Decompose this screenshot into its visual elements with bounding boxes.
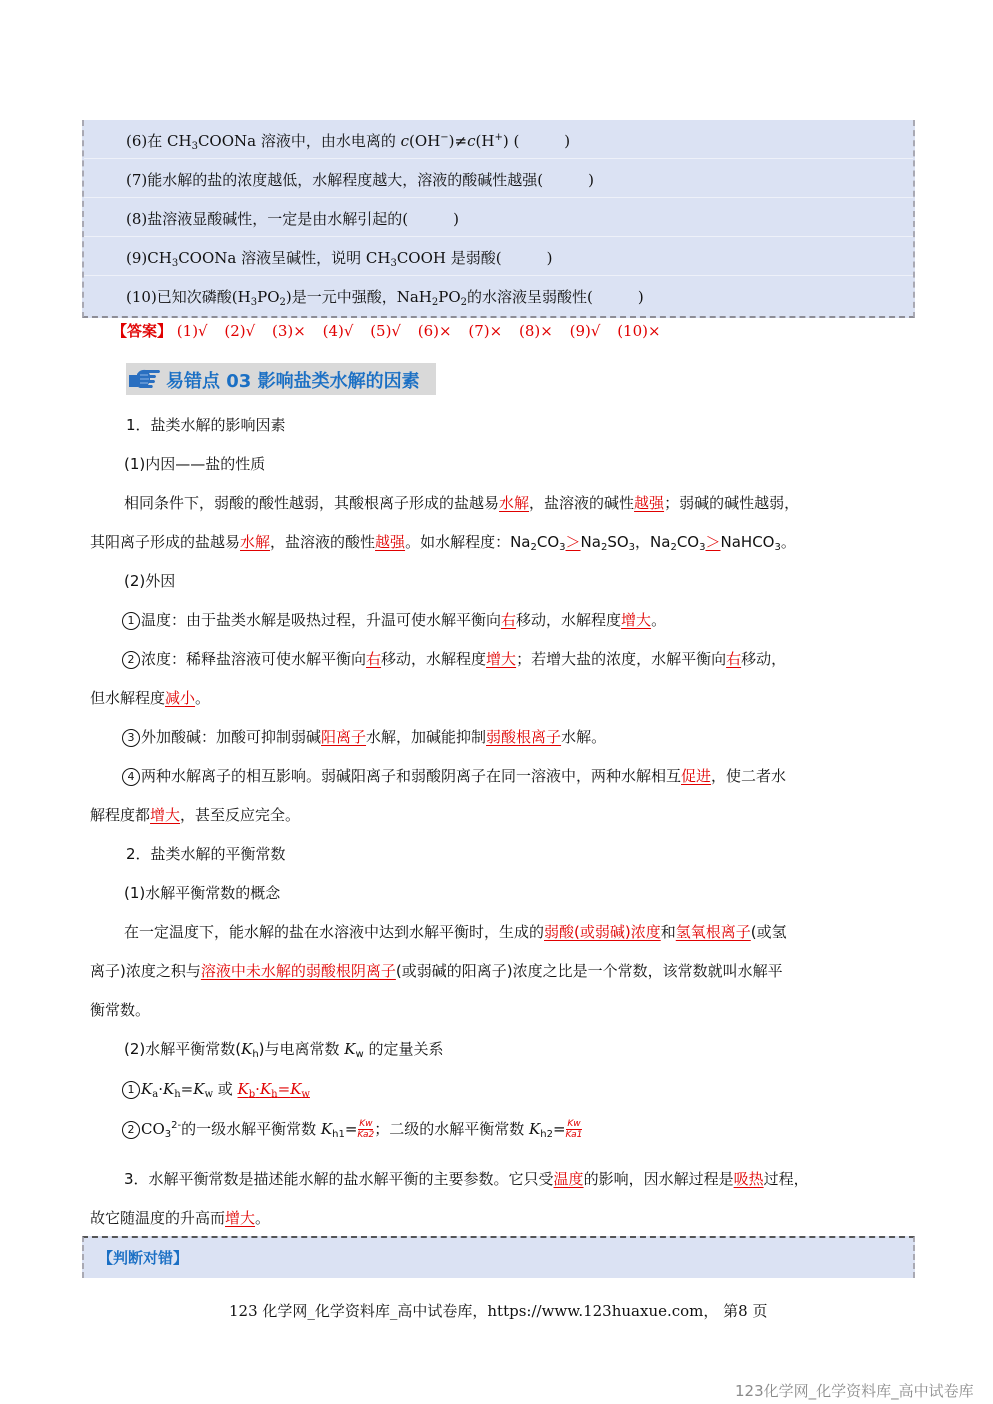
question-text: (8)盐溶液显酸碱性，一定是由水解引起的( )	[126, 208, 459, 229]
paragraph: 衡常数。	[90, 999, 150, 1020]
answer-item: (3)×	[272, 322, 306, 340]
watermark: 123化学网_化学资料库_高中试卷库	[735, 1380, 974, 1401]
heading-1-1: (1)内因——盐的性质	[124, 453, 265, 474]
factor-concentration-cont: 但水解程度减小。	[90, 687, 210, 708]
question-row-8: (8)盐溶液显酸碱性，一定是由水解引起的( )	[84, 198, 913, 237]
answer-item: (10)×	[617, 322, 660, 340]
fraction: KwKa2	[357, 1119, 374, 1140]
answer-formula: Kb·Kh=Kw	[238, 1080, 310, 1098]
answer-item: (7)×	[468, 322, 502, 340]
question-row-6: (6)在 CH3COONa 溶液中，由水电离的 c(OH−)≠c(H+) ( )	[84, 120, 913, 159]
factor-mutual-cont: 解程度都增大，甚至反应完全。	[90, 804, 300, 825]
paragraph: 相同条件下，弱酸的酸性越弱，其酸根离子形成的盐越易水解，盐溶液的碱性越强；弱碱的…	[124, 492, 799, 513]
factor-temperature: 1温度：由于盐类水解是吸热过程，升温可使水解平衡向右移动，水解程度增大。	[122, 609, 666, 630]
relation-2: 2CO32-的一级水解平衡常数 Kh1=KwKa2；二级的水解平衡常数 Kh2=…	[122, 1118, 582, 1140]
factor-concentration: 2浓度：稀释盐溶液可使水解平衡向右移动，水解程度增大；若增大盐的浓度，水解平衡向…	[122, 648, 786, 669]
answer-item: (8)×	[519, 322, 553, 340]
answer-label: 【答案】	[112, 322, 172, 340]
circled-number: 3	[122, 729, 140, 747]
judge-label: 【判断对错】	[98, 1247, 188, 1268]
judge-box: 【判断对错】	[82, 1236, 915, 1278]
answer-item: (6)×	[418, 322, 452, 340]
answer-item: (2)√	[224, 322, 255, 340]
heading-2-1: (1)水解平衡常数的概念	[124, 882, 280, 903]
heading-2-2: (2)水解平衡常数(Kh)与电离常数 Kw 的定量关系	[124, 1038, 443, 1059]
answer-line: 【答案】 (1)√ (2)√ (3)× (4)√ (5)√ (6)× (7)× …	[112, 320, 673, 341]
section-title: 易错点 03 影响盐类水解的因素	[166, 367, 420, 393]
relation-1: 1Ka·Kh=Kw 或 Kb·Kh=Kw	[122, 1078, 310, 1099]
question-box: (6)在 CH3COONa 溶液中，由水电离的 c(OH−)≠c(H+) ( )…	[82, 120, 915, 318]
question-row-7: (7)能水解的盐的浓度越低，水解程度越大，溶液的酸碱性越强( )	[84, 159, 913, 198]
section-heading: 易错点 03 影响盐类水解的因素	[126, 363, 436, 395]
paragraph: 其阳离子形成的盐越易水解，盐溶液的酸性越强。如水解程度：Na2CO3＞Na2SO…	[90, 531, 796, 552]
heading-1-2: (2)外因	[124, 570, 175, 591]
circled-number: 1	[122, 1081, 140, 1099]
fraction: KwKa1	[566, 1119, 583, 1140]
question-row-9: (9)CH3COONa 溶液呈碱性，说明 CH3COOH 是弱酸( )	[84, 237, 913, 276]
answer-item: (1)√	[177, 322, 208, 340]
question-text: (10)已知次磷酸(H3PO2)是一元中强酸，NaH2PO2的水溶液呈弱酸性( …	[126, 286, 644, 307]
factor-mutual: 4两种水解离子的相互影响。弱碱阳离子和弱酸阴离子在同一溶液中，两种水解相互促进，…	[122, 765, 786, 786]
page-footer: 123 化学网_化学资料库_高中试卷库，https://www.123huaxu…	[229, 1300, 767, 1321]
heading-2: 2．盐类水解的平衡常数	[126, 843, 286, 864]
paragraph: 在一定温度下，能水解的盐在水溶液中达到水解平衡时，生成的弱酸(或弱碱)浓度和氢氧…	[124, 921, 787, 942]
heading-1: 1．盐类水解的影响因素	[126, 414, 286, 435]
paragraph: 离子)浓度之积与溶液中未水解的弱酸根阴离子(或弱碱的阳离子)浓度之比是一个常数，…	[90, 960, 783, 981]
answer-item: (4)√	[323, 322, 354, 340]
question-text: (9)CH3COONa 溶液呈碱性，说明 CH3COOH 是弱酸( )	[126, 247, 552, 268]
paragraph: 3．水解平衡常数是描述能水解的盐水解平衡的主要参数。它只受温度的影响，因水解过程…	[124, 1168, 809, 1189]
factor-acid-base: 3外加酸碱：加酸可抑制弱碱阳离子水解，加碱能抑制弱酸根离子水解。	[122, 726, 606, 747]
answer-item: (9)√	[570, 322, 601, 340]
pointing-hand-icon	[128, 367, 162, 389]
circled-number: 4	[122, 768, 140, 786]
question-text: (6)在 CH3COONa 溶液中，由水电离的 c(OH−)≠c(H+) ( )	[126, 130, 570, 151]
question-text: (7)能水解的盐的浓度越低，水解程度越大，溶液的酸碱性越强( )	[126, 169, 594, 190]
answer-item: (5)√	[370, 322, 401, 340]
question-row-10: (10)已知次磷酸(H3PO2)是一元中强酸，NaH2PO2的水溶液呈弱酸性( …	[84, 276, 913, 314]
circled-number: 1	[122, 612, 140, 630]
circled-number: 2	[122, 651, 140, 669]
circled-number: 2	[122, 1121, 140, 1139]
paragraph: 故它随温度的升高而增大。	[90, 1207, 270, 1228]
